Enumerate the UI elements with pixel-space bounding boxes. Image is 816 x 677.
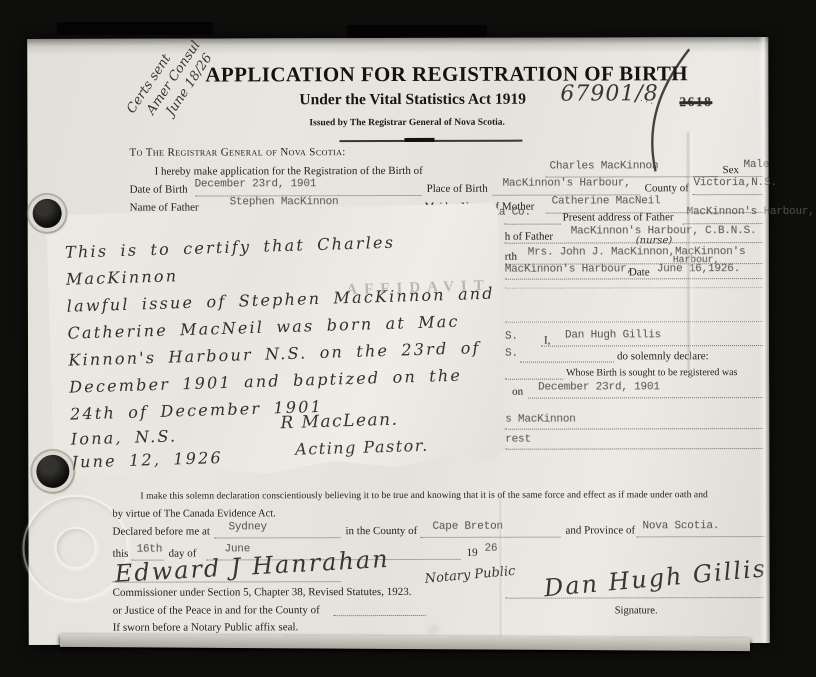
date-of-birth-label: Date of Birth	[130, 184, 188, 196]
father-address-value: MacKinnon's Harbour,	[687, 206, 815, 218]
this-label: this	[113, 548, 129, 560]
declared-province-value: Nova Scotia.	[642, 520, 719, 532]
child-name-value: Charles MacKinnon	[550, 160, 659, 172]
date-of-birth-value: December 23rd, 1901	[195, 178, 317, 190]
punch-hole	[36, 455, 69, 488]
dotted-rule	[506, 597, 764, 599]
paper-crease	[685, 132, 694, 372]
form-page: Certs sent Amer Consul June 18/26 APPLIC…	[27, 37, 770, 645]
dotted-rule	[541, 345, 763, 347]
dotted-rule	[505, 428, 763, 430]
witness-label-fragment: rth	[505, 251, 517, 263]
dotted-rule	[520, 361, 614, 362]
year-prefix: 19	[467, 547, 478, 559]
abbrev-s2: S.	[505, 348, 518, 360]
dotted-rule	[505, 242, 763, 244]
embossed-seal-inner	[54, 527, 96, 569]
dotted-rule	[113, 581, 341, 583]
declarant-name-value: Dan Hugh Gillis	[565, 329, 661, 341]
declared-county-value: Cape Breton	[432, 521, 502, 533]
top-left-annotation: Certs sent Amer Consul June 18/26	[123, 28, 218, 135]
pastor-signature: R MacLean.	[280, 410, 399, 434]
registered-date-value: December 23rd, 1901	[538, 381, 660, 393]
application-label: I hereby make application for the Regist…	[155, 165, 423, 178]
form-subtitle: Under the Vital Statistics Act 1919	[299, 91, 526, 110]
year-value: 26	[485, 543, 498, 555]
declare-text: do solemnly declare:	[617, 350, 709, 362]
dotted-rule	[215, 537, 341, 538]
declared-before-label: Declared before me at	[112, 525, 209, 537]
declaration-date-value: June 16,1926.	[657, 263, 740, 275]
nurse-annotation: (nurse)	[636, 235, 673, 246]
binder-shadow	[57, 22, 213, 35]
dotted-rule	[505, 287, 763, 289]
dotted-rule	[334, 615, 426, 616]
issued-by: Issued by The Registrar General of Nova …	[309, 118, 504, 129]
date-label: Date	[629, 266, 650, 278]
attached-certificate-note: AFFIDAVIT This is to certify that Charle…	[46, 201, 506, 487]
commissioner-line: Commissioner under Section 5, Chapter 38…	[113, 586, 412, 599]
on-label: on	[512, 386, 523, 398]
nearest-fragment: rest	[505, 434, 531, 446]
province-of-label: and Province of	[565, 524, 635, 536]
dotted-rule	[505, 321, 763, 323]
ink-smudge	[429, 626, 439, 633]
abbrev-s1: S.	[505, 331, 518, 343]
place-of-birth-value: MacKinnon's Harbour,	[503, 177, 631, 189]
paper-crease	[498, 498, 504, 638]
dotted-rule	[421, 537, 561, 538]
dotted-rule	[505, 224, 561, 225]
certificate-text: This is to certify that Charles MacKinno…	[65, 225, 506, 473]
binder-shadow	[347, 25, 487, 37]
dotted-rule	[693, 194, 763, 195]
county-of-label: in the County of	[345, 525, 417, 537]
justice-line: or Justice of the Peace in and for the C…	[113, 604, 320, 617]
mother-name-value: Catherine MacNeil	[552, 195, 661, 207]
punch-hole	[33, 199, 62, 228]
dotted-rule	[528, 397, 763, 399]
place-of-birth-label: Place of Birth	[427, 183, 488, 195]
sex-value: Male	[744, 159, 770, 171]
dotted-rule	[637, 536, 765, 537]
dotted-rule	[505, 379, 563, 380]
day-value: 16th	[137, 544, 163, 556]
sex-label: Sex	[723, 164, 740, 176]
divider-thick	[404, 138, 434, 142]
declaration-line1: I make this solemn declaration conscient…	[140, 489, 708, 501]
father-address-label: Present address of Father	[563, 211, 674, 223]
addressee: To The Registrar General of Nova Scotia:	[129, 146, 345, 159]
declarant-signature: Dan Hugh Gillis	[543, 554, 768, 602]
registered-text: Whose Birth is sought to be registered w…	[566, 367, 737, 378]
dotted-rule	[505, 278, 763, 280]
declarant-address-value: MacKinnon's Harbour,	[505, 263, 633, 275]
county-label: County of	[645, 182, 689, 194]
declared-place-value: Sydney	[228, 521, 266, 533]
county-value: Victoria,N.S.	[694, 177, 777, 189]
dotted-rule	[505, 448, 763, 450]
declaration-line2: by virtue of The Canada Evidence Act.	[112, 508, 275, 519]
seal-instruction-line: If sworn before a Notary Public affix se…	[113, 621, 299, 633]
signature-label: Signature.	[615, 605, 658, 616]
dotted-rule	[683, 223, 763, 224]
father-birth-label-fragment: h of Father	[505, 231, 553, 243]
name-fragment: s MacKinnon	[505, 414, 575, 426]
scanned-document: Certs sent Amer Consul June 18/26 APPLIC…	[0, 0, 816, 677]
pastor-role: Acting Pastor.	[295, 436, 429, 459]
